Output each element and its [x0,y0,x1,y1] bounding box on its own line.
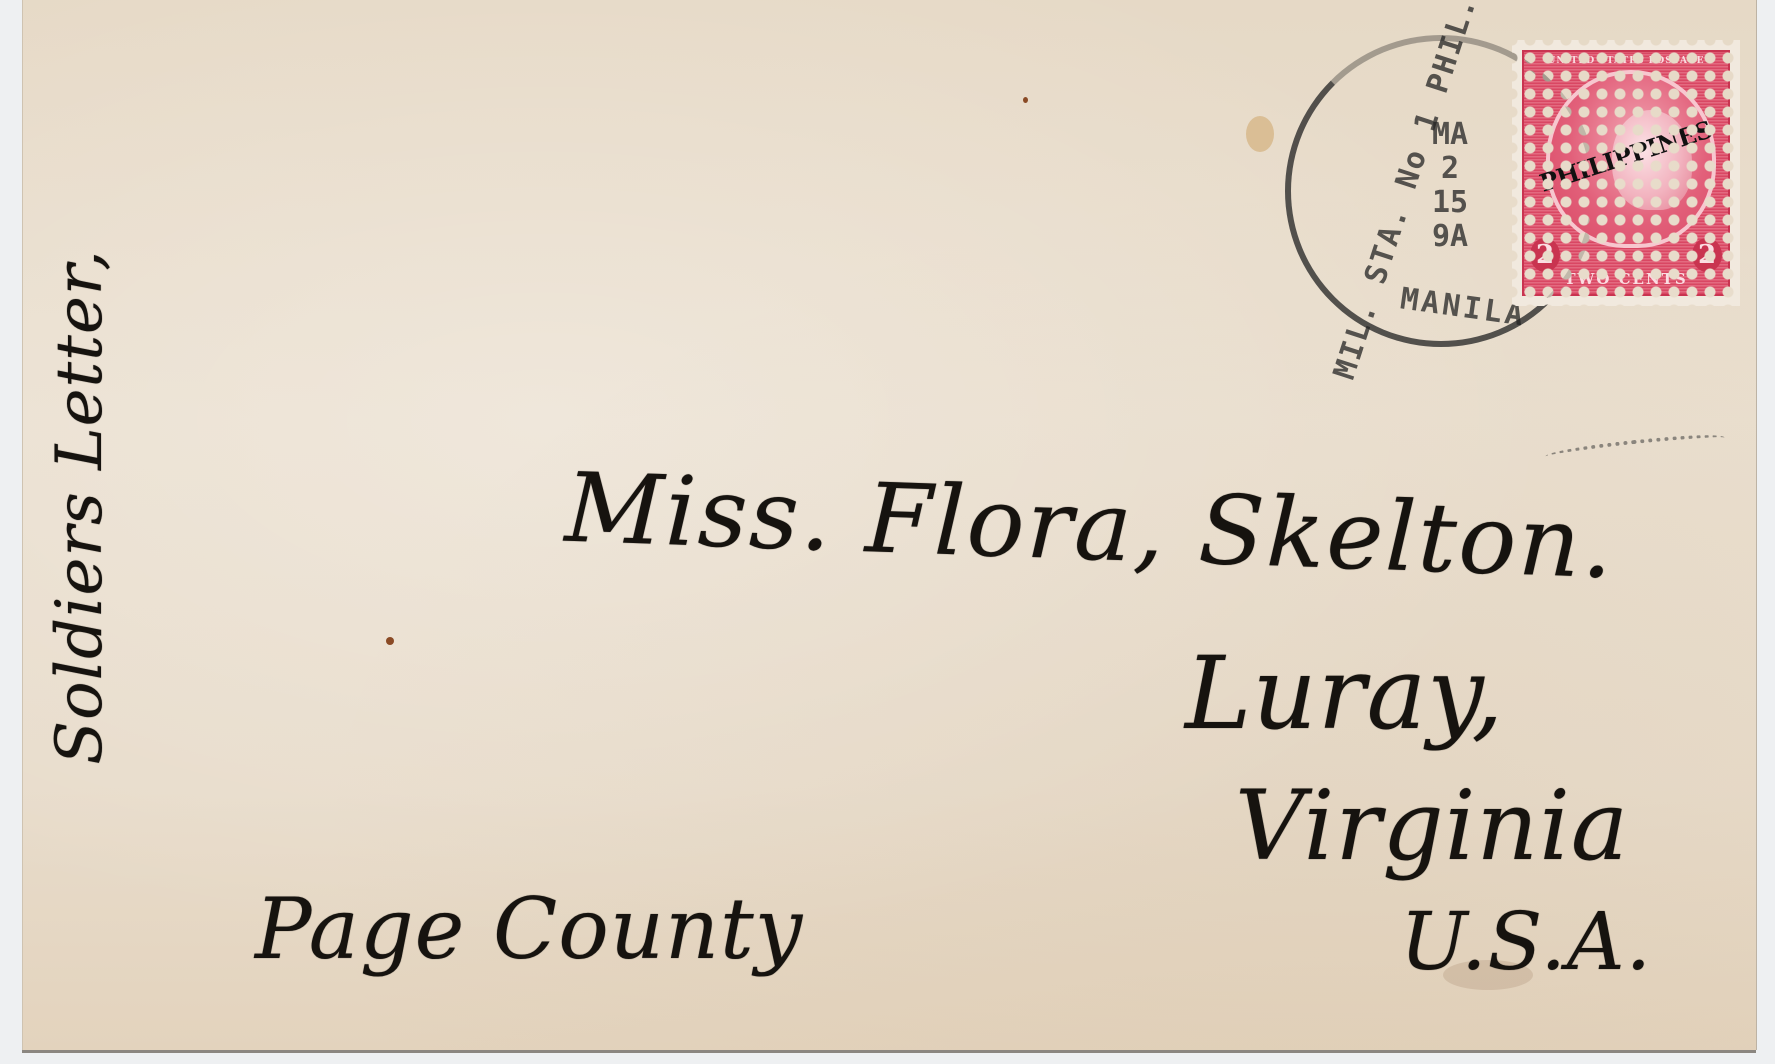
stamp-denomination-text: TWO CENTS [1524,270,1728,288]
stamp-value-right: 2 [1692,238,1722,272]
stamp-value-left: 2 [1530,238,1560,272]
postmark-date-year: 9A [1420,220,1480,254]
address-state: Virginia [1235,770,1629,882]
county-note: Page County [255,880,803,978]
postmark-date-day: 2 [1420,152,1480,186]
postmark-date-month: MA [1420,118,1480,152]
postmark-date: MA 2 15 9A [1420,118,1480,254]
stamp-top-text: UNITED STATES POSTAGE [1524,56,1728,66]
side-note-soldiers-letter: Soldiers Letter, [43,207,117,807]
address-country: U.S.A. [1400,895,1652,988]
postmark-date-hour: 15 [1420,186,1480,220]
foxing-spot [386,637,394,645]
postage-stamp: UNITED STATES POSTAGE 2 2 TWO CENTS PHIL… [1512,40,1740,306]
address-city: Luray, [1185,635,1504,752]
foxing-spot [1023,97,1028,103]
foxing-stain [1246,116,1274,152]
stamp-design: UNITED STATES POSTAGE 2 2 TWO CENTS PHIL… [1522,50,1730,296]
